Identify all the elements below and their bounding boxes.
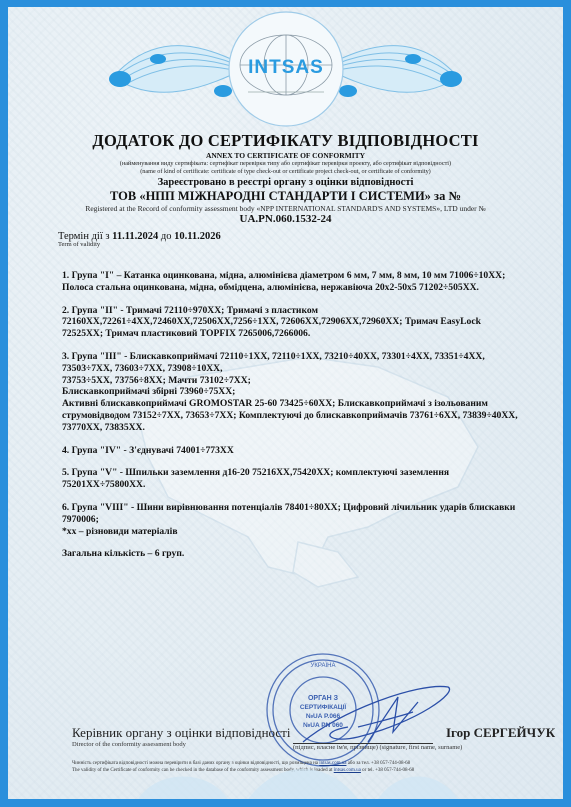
handwritten-signature xyxy=(298,672,458,752)
svg-text:УКРАЇНА: УКРАЇНА xyxy=(311,662,336,669)
validity-to: 10.11.2026 xyxy=(174,231,221,242)
svg-text:INTSAS: INTSAS xyxy=(248,57,324,78)
body-name: ТОВ «НПП МІЖНАРОДНІ СТАНДАРТИ І СИСТЕМИ»… xyxy=(8,189,563,204)
decorative-waves xyxy=(8,749,563,799)
kind-en: (name of kind of certificate: certificat… xyxy=(8,168,563,176)
registered-ua: Зареєстровано в реєстрі органу з оцінки … xyxy=(8,177,563,188)
validity-block: Термін дії з 11.11.2024 до 10.11.2026 Te… xyxy=(58,231,221,248)
groups-list: 1. Група "I" – Катанка оцинкована, мідна… xyxy=(62,270,522,571)
title-ua: ДОДАТОК ДО СЕРТИФІКАТУ ВІДПОВІДНОСТІ xyxy=(8,131,563,151)
group-item: 1. Група "I" – Катанка оцинкована, мідна… xyxy=(62,270,522,294)
director-role-en: Director of the conformity assessment bo… xyxy=(72,741,290,748)
kind-ua: (найменування виду сертифіката: сертифік… xyxy=(8,160,563,168)
signature-block: Керівник органу з оцінки відповідності D… xyxy=(72,725,290,748)
director-role-ua: Керівник органу з оцінки відповідності xyxy=(72,725,290,741)
intsas-emblem: INTSAS xyxy=(8,7,563,127)
validity-from: 11.11.2024 xyxy=(112,231,158,242)
group-item: 5. Група "V" - Шпильки заземлення д16-20… xyxy=(62,467,522,491)
title-en: ANNEX TO CERTIFICATE OF CONFORMITY xyxy=(8,151,563,160)
total-count: Загальна кількість – 6 груп. xyxy=(62,548,522,560)
materials-note: *xx – різновиди матеріалів xyxy=(62,526,522,538)
group-item: 4. Група "IV" - З'єднувачі 74001÷773XX xyxy=(62,445,522,457)
registered-en: Registered at the Record of conformity a… xyxy=(8,204,563,213)
group-item: 3. Група "III" - Блискавкоприймачі 72110… xyxy=(62,351,522,434)
director-name: Ігор СЕРГЕЙЧУК xyxy=(446,725,555,741)
validity-label-en: Term of validity xyxy=(58,241,221,248)
certificate-paper: INTSAS ДОДАТОК ДО СЕРТИФІКАТУ ВІДПОВІДНО… xyxy=(8,7,563,799)
group-item: 6. Група "VIII" - Шини вирівнювання поте… xyxy=(62,502,522,526)
validity-to-word: до xyxy=(161,231,172,242)
registration-number: UA.PN.060.1532-24 xyxy=(8,213,563,225)
ribbon-curl-left-icon xyxy=(109,71,131,87)
header-block: ДОДАТОК ДО СЕРТИФІКАТУ ВІДПОВІДНОСТІ ANN… xyxy=(8,131,563,225)
group-item: 2. Група "II" - Тримачі 72110÷970XX; Три… xyxy=(62,305,522,340)
certificate-page: INTSAS ДОДАТОК ДО СЕРТИФІКАТУ ВІДПОВІДНО… xyxy=(0,0,571,807)
ribbon-curl-right-icon xyxy=(440,71,462,87)
